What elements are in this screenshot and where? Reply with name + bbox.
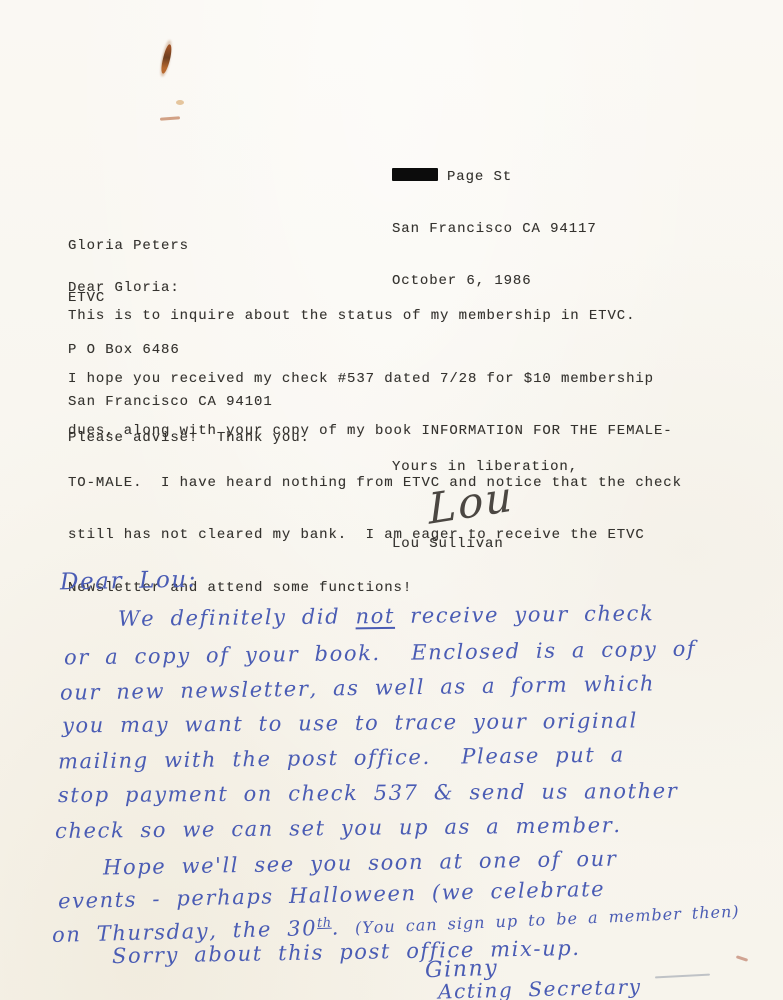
letter-date: October 6, 1986 [392, 273, 597, 290]
hand-date-ordinal: th [317, 916, 332, 931]
rust-stain-mark [159, 44, 173, 75]
hand-line: check so we can set you up as a member. [55, 813, 622, 843]
hand-line: you may want to use to trace your origin… [62, 708, 638, 737]
sender-street: Page St [447, 169, 512, 185]
hand-underlined-word: not [355, 604, 395, 628]
rust-dot-mark [176, 100, 184, 105]
pencil-stray-mark [655, 974, 710, 979]
typed-paragraph-3: Please advise! Thank you. [68, 430, 310, 447]
typed-salutation: Dear Gloria: [68, 280, 180, 297]
sender-city: San Francisco CA 94117 [392, 221, 597, 238]
hand-line-post: receive your check [395, 601, 655, 628]
hand-salutation: Dear Lou: [60, 567, 198, 596]
hand-line: mailing with the post office. Please put… [58, 743, 625, 774]
recipient-name: Gloria Peters [68, 238, 273, 255]
hand-line: Hope we'll see you soon at one of our [103, 847, 618, 880]
sender-address-block: Page St San Francisco CA 94117 October 6… [392, 133, 597, 325]
rust-dash-mark [160, 116, 180, 120]
typed-paragraph-1: This is to inquire about the status of m… [68, 308, 635, 325]
red-stray-mark [736, 955, 748, 962]
hand-line: stop payment on check 537 & send us anot… [58, 779, 679, 807]
hand-line: events - perhaps Halloween (we celebrate [58, 877, 606, 913]
hand-line-pre: We definitely did [118, 604, 356, 630]
hand-date-mid: . [331, 915, 355, 940]
typed-line: TO-MALE. I have heard nothing from ETVC … [68, 475, 682, 492]
typed-line: still has not cleared my bank. I am eage… [68, 527, 682, 544]
typed-closing: Yours in liberation, [392, 459, 578, 476]
hand-line: our new newsletter, as well as a form wh… [60, 671, 655, 704]
redacted-street-number [392, 168, 438, 181]
scanned-letter-page: Page St San Francisco CA 94117 October 6… [0, 0, 783, 1000]
hand-paren-note: (You can sign up to be a member then) [355, 902, 740, 938]
sender-street-line: Page St [392, 168, 597, 186]
hand-line: or a copy of your book. Enclosed is a co… [64, 637, 697, 670]
typed-signature-name: Lou Sullivan [392, 536, 504, 553]
typed-line: I hope you received my check #537 dated … [68, 371, 682, 388]
ginny-signature-title: Acting Secretary [438, 974, 642, 1000]
